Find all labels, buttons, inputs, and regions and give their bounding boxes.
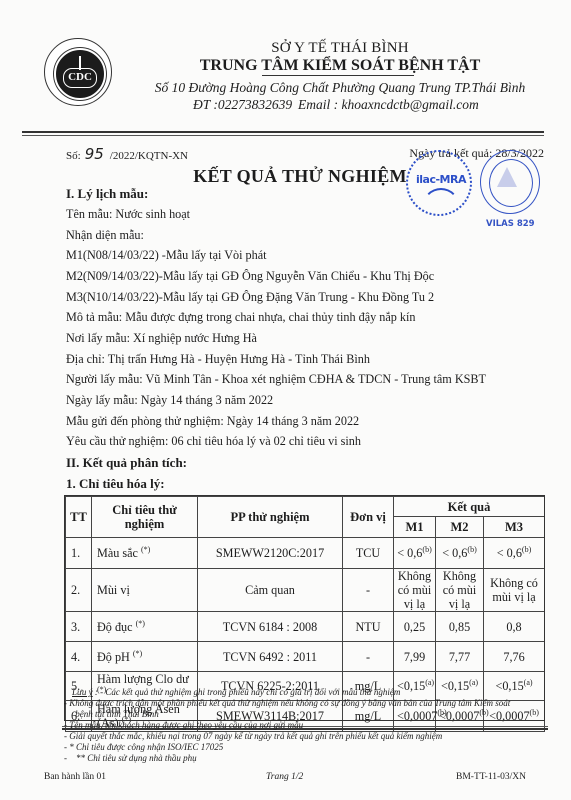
sample-line: Mẫu gửi đến phòng thử nghiệm: Ngày 14 th… — [66, 414, 359, 429]
cell-indicator: Độ pH (*) — [92, 642, 198, 672]
phone: ĐT :02273832639 — [193, 97, 292, 113]
cell-m2: Không có mùi vị lạ — [436, 569, 484, 612]
cell-m1: 0,25 — [394, 612, 436, 642]
table-row: 4.Độ pH (*)TCVN 6492 : 2011-7,997,777,76 — [66, 642, 545, 672]
results-subheading: 1. Chỉ tiêu hóa lý: — [66, 476, 165, 492]
cell-indicator: Mùi vị — [92, 569, 198, 612]
cell-method-text: TCVN 6184 : 2008 — [223, 620, 317, 634]
note-line: - Tên mẫu, tên khách hàng được ghi theo … — [64, 720, 303, 730]
note-line: Lưu ý : - Các kết quả thử nghiệm ghi tro… — [72, 687, 400, 697]
cell-m2-text: <0,0007 — [439, 709, 479, 723]
cell-unit: TCU — [343, 538, 394, 569]
cell-method: SMEWW2120C:2017 — [198, 538, 343, 569]
cell-m3: 0,8 — [484, 612, 545, 642]
col-indicator: Chỉ tiêu thử nghiệm — [92, 497, 198, 538]
cell-unit: - — [343, 569, 394, 612]
accreditation-stamp — [480, 150, 540, 214]
col-tt: TT — [66, 497, 92, 538]
logo-text: CDC — [63, 68, 97, 88]
sample-line: Nơi lấy mẫu: Xí nghiệp nước Hưng Hà — [66, 331, 257, 346]
col-result: Kết quả — [394, 497, 545, 517]
document-number: Số:95/2022/KQTN-XN — [66, 145, 188, 163]
cell-m2-text: < 0,6 — [442, 546, 467, 560]
table-row: 3.Độ đục (*)TCVN 6184 : 2008NTU0,250,850… — [66, 612, 545, 642]
cell-unit: - — [343, 642, 394, 672]
sample-line: Địa chỉ: Thị trấn Hưng Hà - Huyện Hưng H… — [66, 352, 370, 367]
number-label: Số: — [66, 150, 81, 162]
table-row: 2.Mùi vị Cảm quan-Không có mùi vị lạKhôn… — [66, 569, 545, 612]
cell-tt: 4. — [66, 642, 92, 672]
accredited-mark: (*) — [136, 619, 145, 628]
cell-m2-text: 7,77 — [449, 650, 470, 664]
cell-m3-text: Không có mùi vị lạ — [490, 576, 538, 604]
cell-method-text: TCVN 6492 : 2011 — [223, 650, 317, 664]
sample-line: M3(N10/14/03/22)-Mẫu lấy tại GĐ Ông Đặng… — [66, 290, 434, 305]
cell-unit-text: mg/L — [355, 709, 381, 723]
cell-m3-text: 0,8 — [506, 620, 521, 634]
document-title: KẾT QUẢ THỬ NGHIỆM — [150, 166, 450, 187]
table-row: 1.Màu sắc (*)SMEWW2120C:2017TCU< 0,6(b)<… — [66, 538, 545, 569]
footer-edition: Ban hành lần 01 — [44, 772, 106, 782]
cell-m2: 0,85 — [436, 612, 484, 642]
cell-tt: 2. — [66, 569, 92, 612]
cell-m3-footnote: (b) — [522, 545, 531, 554]
cell-m1: Không có mùi vị lạ — [394, 569, 436, 612]
note-line: - ** Chỉ tiêu sử dụng nhà thầu phụ — [64, 753, 197, 763]
number-suffix: /2022/KQTN-XN — [110, 150, 188, 162]
cell-m2: 7,77 — [436, 642, 484, 672]
note-first: : - Các kết quả thử nghiệm ghi trong phi… — [93, 687, 401, 697]
cell-m3-text: 7,76 — [503, 650, 524, 664]
cell-unit-text: - — [366, 583, 370, 597]
note-line: - Không được trích dẫn một phần phiếu kế… — [64, 698, 510, 708]
cell-indicator: Độ đục (*) — [92, 612, 198, 642]
cell-m3: <0,15(a) — [484, 672, 545, 701]
cell-tt-text: 2. — [71, 583, 80, 597]
organization-name: TRUNG TÂM KIỂM SOÁT BỆNH TẬT — [180, 57, 500, 75]
organization-address: Số 10 Đường Hoàng Công Chất Phường Quang… — [140, 80, 540, 96]
cell-m1: < 0,6(b) — [394, 538, 436, 569]
cell-unit-text: TCU — [356, 546, 380, 560]
email: Email : khoaxncdctb@gmail.com — [298, 97, 479, 113]
cell-tt-text: 4. — [71, 650, 80, 664]
cell-m1-text: Không có mùi vị lạ — [398, 569, 432, 611]
sample-line: Nhận diện mẫu: — [66, 228, 144, 243]
ministry-name: SỞ Y TẾ THÁI BÌNH — [190, 40, 490, 57]
cell-m1-text: 0,25 — [404, 620, 425, 634]
cell-m2: <0,15(a) — [436, 672, 484, 701]
vilas-code: VILAS 829 — [486, 219, 535, 229]
note-line: - Giải quyết thắc mắc, khiếu nại trong 0… — [64, 731, 442, 741]
cell-m3: < 0,6(b) — [484, 538, 545, 569]
cell-m1-footnote: (b) — [422, 545, 431, 554]
cell-tt: 3. — [66, 612, 92, 642]
cell-m3-text: <0,15 — [495, 679, 523, 693]
cell-indicator: Màu sắc (*) — [92, 538, 198, 569]
sample-info-heading: I. Lý lịch mẫu: — [66, 186, 148, 202]
col-m2: M2 — [436, 517, 484, 538]
cell-m2-text: <0,15 — [441, 679, 469, 693]
header-divider — [22, 131, 544, 133]
sample-line: Ngày lấy mẫu: Ngày 14 tháng 3 năm 2022 — [66, 393, 273, 408]
cell-indicator-text: Hàm lượng Clo dư — [97, 672, 189, 686]
ilac-arc-icon — [422, 188, 460, 226]
cell-unit: NTU — [343, 612, 394, 642]
footer-page: Trang 1/2 — [266, 772, 303, 782]
cell-method: TCVN 6184 : 2008 — [198, 612, 343, 642]
cell-m2-footnote: (b) — [479, 708, 488, 717]
sample-line: Người lấy mẫu: Vũ Minh Tân - Khoa xét ng… — [66, 372, 486, 387]
cell-tt-text: 1. — [71, 546, 80, 560]
cell-indicator-text: Độ pH — [97, 650, 130, 664]
cell-m1-footnote: (a) — [425, 678, 434, 687]
organization-underline — [262, 75, 414, 76]
sample-line: Tên mẫu: Nước sinh hoạt — [66, 207, 190, 222]
ilac-mra-stamp: ilac-MRA — [406, 150, 472, 216]
cell-m1-text: 7,99 — [404, 650, 425, 664]
cell-method: Cảm quan — [198, 569, 343, 612]
cell-method-text: SMEWW2120C:2017 — [216, 546, 324, 560]
cell-m1-text: <0,0007 — [397, 709, 437, 723]
cell-m3-text: < 0,6 — [497, 546, 522, 560]
cdc-logo: CDC — [44, 38, 112, 106]
accredited-mark: (*) — [133, 649, 142, 658]
note-line: - * Chỉ tiêu được công nhận ISO/IEC 1702… — [64, 742, 223, 752]
cell-m1-text: <0,15 — [397, 679, 425, 693]
cell-m2-footnote: (a) — [469, 678, 478, 687]
col-m1: M1 — [394, 517, 436, 538]
logo-emblem: CDC — [54, 48, 106, 100]
cell-tt: 1. — [66, 538, 92, 569]
cell-m3-footnote: (b) — [530, 708, 539, 717]
cell-indicator-text: Mùi vị — [97, 583, 130, 597]
results-heading: II. Kết quả phân tích: — [66, 455, 187, 471]
header-divider-thin — [22, 135, 544, 136]
number-handwritten: 95 — [85, 145, 104, 163]
cell-indicator-text: Màu sắc — [97, 546, 138, 560]
cell-m2: < 0,6(b) — [436, 538, 484, 569]
footer-form-code: BM-TT-11-03/XN — [456, 772, 526, 782]
cell-method-text: Cảm quan — [245, 583, 295, 597]
cell-indicator-text: Độ đục — [97, 620, 133, 634]
ilac-stamp-text: ilac-MRA — [410, 173, 472, 186]
cell-m3: Không có mùi vị lạ — [484, 569, 545, 612]
note-label: Lưu ý — [72, 687, 93, 697]
note-line: bệnh tật tỉnh Thái Bình — [64, 709, 159, 719]
sample-line: Mô tả mẫu: Mẫu được đựng trong chai nhựa… — [66, 310, 416, 325]
accreditation-emblem-icon — [497, 167, 517, 187]
cell-m1: 7,99 — [394, 642, 436, 672]
cell-m3-footnote: (a) — [524, 678, 533, 687]
cell-m1-text: < 0,6 — [397, 546, 422, 560]
cell-m2-text: Không có mùi vị lạ — [443, 569, 477, 611]
col-method: PP thử nghiệm — [198, 497, 343, 538]
sample-line: M2(N09/14/03/22)-Mẫu lấy tại GĐ Ông Nguy… — [66, 269, 434, 284]
accredited-mark: (*) — [141, 545, 150, 554]
cell-unit-text: NTU — [355, 620, 380, 634]
sample-line: Yêu cầu thử nghiệm: 06 chỉ tiêu hóa lý v… — [66, 434, 361, 449]
cell-m2-footnote: (b) — [467, 545, 476, 554]
cell-m2-text: 0,85 — [449, 620, 470, 634]
cell-method: TCVN 6492 : 2011 — [198, 642, 343, 672]
col-unit: Đơn vị — [343, 497, 394, 538]
sample-line: M1(N08/14/03/22) -Mẫu lấy tại Vòi phát — [66, 248, 267, 263]
cell-m3: 7,76 — [484, 642, 545, 672]
cell-unit-text: - — [366, 650, 370, 664]
cell-tt-text: 3. — [71, 620, 80, 634]
cell-m3-text: <0,0007 — [489, 709, 529, 723]
col-m3: M3 — [484, 517, 545, 538]
